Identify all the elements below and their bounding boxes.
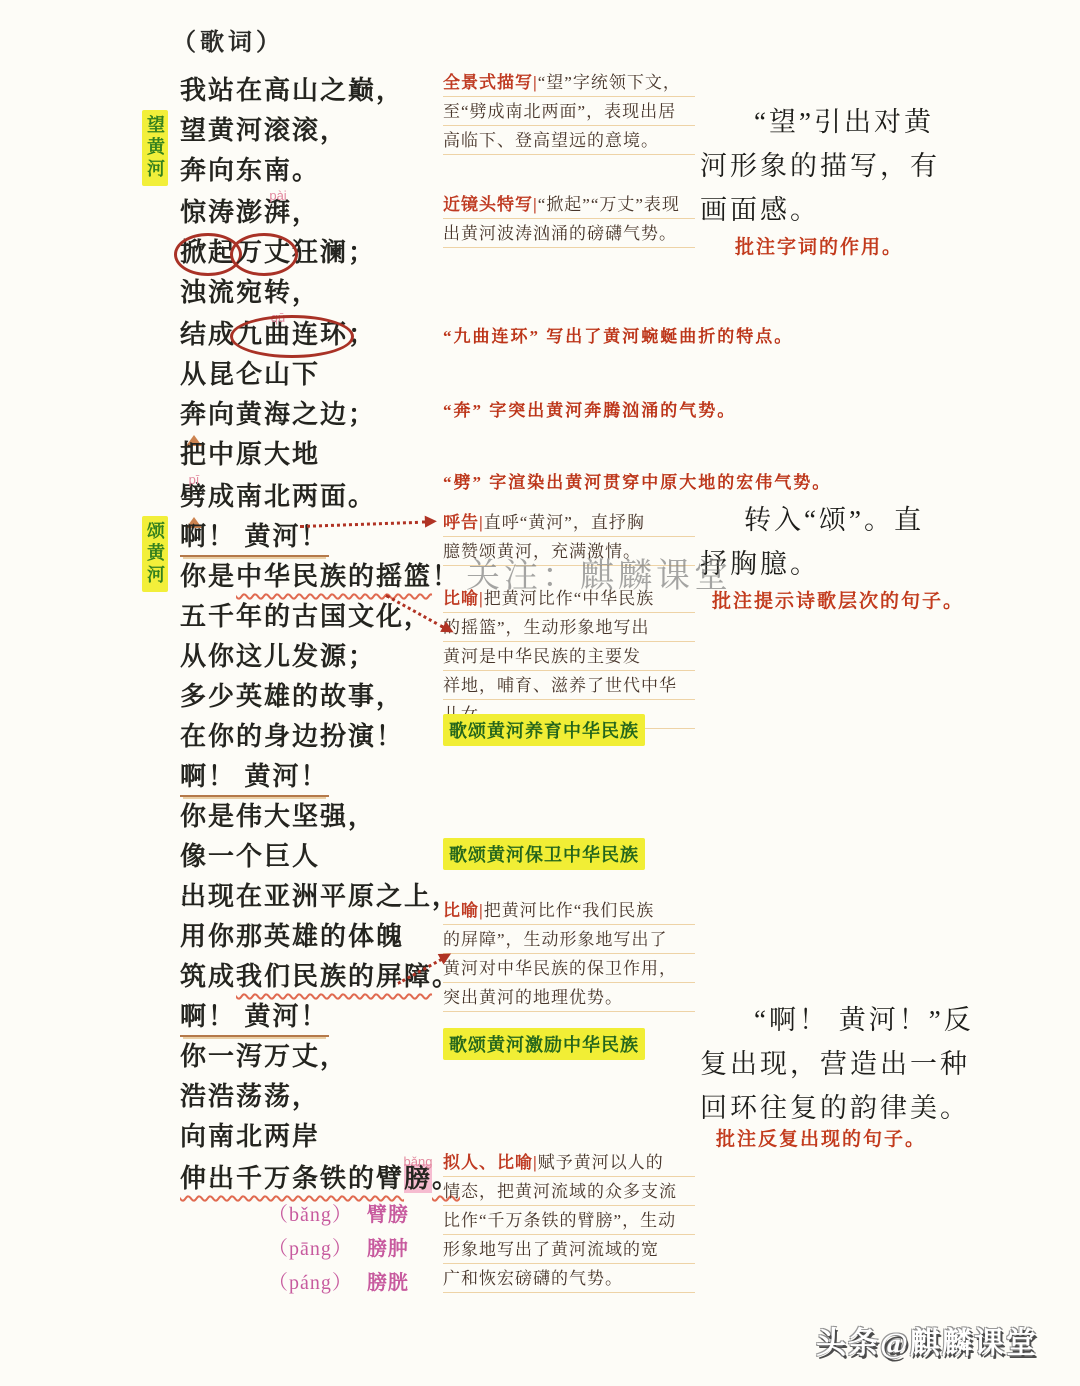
annotation-label: 拟人、比喻|: [443, 1153, 538, 1172]
side-note-line: “啊！ 黄河！”反: [700, 998, 1080, 1042]
poem-line: 浩浩荡荡，: [180, 1080, 320, 1114]
annotation-line: 至“劈成南北两面”，表现出居: [443, 101, 695, 126]
poem-line: 筑成我们民族的屏障。: [180, 960, 460, 994]
side-note-line: 河形象的描写，有: [700, 144, 1080, 188]
poem-line: 浊流宛转，: [180, 276, 320, 310]
highlight-bar-protect: 歌颂黄河保卫中华民族: [443, 838, 645, 870]
annotation-line: 近镜头特写|“掀起”“万丈”表现: [443, 194, 695, 219]
annotation-box-closeup: 近镜头特写|“掀起”“万丈”表现 出黄河波涛汹涌的磅礴气势。: [443, 194, 695, 252]
underlined-refrain: 啊！ 黄河！: [180, 1002, 329, 1037]
poem-line: 伸出千万条铁的臂bǎng膀。: [180, 1162, 460, 1196]
side-note-red-tip: 批注字词的作用。: [735, 232, 903, 259]
pinyin-note-row: （páng）膀胱: [268, 1266, 409, 1300]
red-circle-annotation: 九qū曲连环: [236, 318, 348, 352]
poem-line: 你是中华民族的摇篮！: [180, 560, 460, 594]
poem-line: 惊涛澎pài湃，: [180, 196, 320, 230]
poem-line: pī劈成南北两面。: [180, 480, 376, 514]
poem-line: 用你那英雄的体魄: [180, 920, 404, 954]
poem-line: 五千年的古国文化，: [180, 600, 432, 634]
annotation-red-pi: “劈” 字渲染出黄河贯穿中原大地的宏伟气势。: [443, 468, 831, 493]
red-circle-annotation: 掀起: [180, 236, 236, 270]
annotation-box-biyu-yaolan: 比喻|把黄河比作“中华民族 的摇篮”，生动形象地写出 黄河是中华民族的主要发 祥…: [443, 588, 695, 733]
annotation-line: 黄河是中华民族的主要发: [443, 646, 695, 671]
underlined-refrain: 啊！ 黄河！: [180, 762, 329, 797]
margin-label-wang-huanghe: 望黄河: [142, 110, 168, 186]
annotation-line: 的摇篮”，生动形象地写出: [443, 617, 695, 642]
watermark-center: 关注：麒麟课堂: [466, 548, 732, 597]
annotation-label: 全景式描写|: [443, 73, 538, 92]
side-note-red-tip: 批注反复出现的句子。: [716, 1124, 926, 1151]
poem-line: 啊！ 黄河！: [180, 760, 329, 794]
poem-line: 在你的身边扮演！: [180, 720, 404, 754]
page-title: （歌词）: [172, 22, 284, 57]
annotation-line: 形象地写出了黄河流域的宽: [443, 1239, 695, 1264]
annotation-box-biyu-pingzhang: 比喻|把黄河比作“我们民族 的屏障”，生动形象地写出了 黄河对中华民族的保卫作用…: [443, 900, 695, 1016]
annotation-red-jiuqulianhuan: “九曲连环” 写出了黄河蜿蜒曲折的特点。: [443, 322, 793, 347]
annotation-line: 呼告|直呼“黄河”，直抒胸: [443, 512, 695, 537]
annotation-line: 拟人、比喻|赋予黄河以人的: [443, 1152, 695, 1177]
poem-line: 奔向黄海之边；: [180, 398, 376, 432]
annotation-line: 祥地，哺育、滋养了世代中华: [443, 675, 695, 700]
annotation-line: 比作“千万条铁的臂膀”，生动: [443, 1210, 695, 1235]
poem-text: 惊涛澎: [180, 198, 264, 227]
poem-line: 奔向东南。: [180, 154, 320, 188]
side-note-line: 画面感。: [700, 188, 1080, 232]
pinyin-annotation: pī: [189, 463, 200, 497]
side-note-wang: “望”引出对黄 河形象的描写，有 画面感。: [700, 100, 1080, 232]
highlight-bar-nurture: 歌颂黄河养育中华民族: [443, 714, 645, 746]
char-with-pinyin: bǎng膀: [404, 1162, 432, 1196]
watermark-bottom: 头条@麒麟课堂: [816, 1318, 1038, 1362]
annotation-line: 黄河对中华民族的保卫作用，: [443, 958, 695, 983]
wavy-underline-phrase: 中华民族的摇篮: [236, 562, 432, 591]
annotation-line: 全景式描写|“望”字统领下文，: [443, 72, 695, 97]
poem-line: 从昆仑山下: [180, 358, 320, 392]
annotation-label: 比喻|: [443, 901, 484, 920]
pinyin-annotation: qū: [271, 301, 285, 335]
textbook-page: （歌词） 望黄河 颂黄河 我站在高山之巅， 望黄河滚滚， 奔向东南。 惊涛澎pà…: [0, 0, 1080, 1386]
char-with-pinyin: qū曲: [264, 318, 292, 352]
margin-label-song-huanghe: 颂黄河: [142, 516, 168, 592]
annotation-box-panoramic: 全景式描写|“望”字统领下文， 至“劈成南北两面”，表现出居 高临下、登高望远的…: [443, 72, 695, 159]
side-note-red-tip: 批注提示诗歌层次的句子。: [712, 586, 964, 613]
side-note-line: 复出现，营造出一种: [700, 1042, 1080, 1086]
poem-line: 你一泻万丈，: [180, 1040, 348, 1074]
poem-line: 我站在高山之巅，: [180, 74, 404, 108]
annotation-red-ben: “奔” 字突出黄河奔腾汹涌的气势。: [443, 396, 736, 421]
annotation-label: 近镜头特写|: [443, 195, 538, 214]
annotation-box-niren-biyu: 拟人、比喻|赋予黄河以人的 情态，把黄河流域的众多支流 比作“千万条铁的臂膀”，…: [443, 1152, 695, 1297]
poem-line: 结成九qū曲连环；: [180, 318, 376, 352]
red-circle-annotation: 万丈: [236, 236, 292, 270]
poem-line: 出现在亚洲平原之上，: [180, 880, 460, 914]
side-note-line: “望”引出对黄: [700, 100, 1080, 144]
poem-line: 望黄河滚滚，: [180, 114, 348, 148]
annotation-line: 突出黄河的地理优势。: [443, 987, 695, 1012]
wavy-underline-phrase: 我们民族的屏障: [236, 962, 432, 991]
poem-line: 从你这儿发源；: [180, 640, 376, 674]
pinyin-note-row: （pāng）膀肿: [268, 1232, 409, 1266]
annotation-line: 高临下、登高望远的意境。: [443, 130, 695, 155]
poem-line: 多少英雄的故事，: [180, 680, 404, 714]
side-note-line: 转入“颂”。直: [700, 498, 1080, 542]
annotation-line: 出黄河波涛汹涌的磅礴气势。: [443, 223, 695, 248]
annotation-line: 比喻|把黄河比作“我们民族: [443, 900, 695, 925]
poem-line: 啊！ 黄河！: [180, 1000, 329, 1034]
highlight-bar-inspire: 歌颂黄河激励中华民族: [443, 1028, 645, 1060]
pinyin-note-row: （bǎng）臂膀: [268, 1198, 409, 1232]
poem-line: 掀起万丈狂澜；: [180, 236, 376, 270]
poem-line: 像一个巨人: [180, 840, 320, 874]
side-note-line: 抒胸臆。: [700, 542, 1080, 586]
annotation-line: 的屏障”，生动形象地写出了: [443, 929, 695, 954]
side-note-refrain: “啊！ 黄河！”反 复出现，营造出一种 回环往复的韵律美。: [700, 998, 1080, 1130]
wavy-underline-phrase: 伸出千万条铁的臂bǎng膀。: [180, 1164, 460, 1193]
annotation-line: 广和恢宏磅礴的气势。: [443, 1268, 695, 1293]
char-with-pinyin: pī劈: [180, 480, 208, 514]
char-with-pinyin: pài湃: [264, 196, 292, 230]
side-note-song: 转入“颂”。直 抒胸臆。: [700, 498, 1080, 586]
annotation-label: 呼告|: [443, 513, 484, 532]
poem-line: 把中原大地: [180, 438, 320, 472]
pinyin-notes: （bǎng）臂膀 （pāng）膀肿 （páng）膀胱: [268, 1198, 409, 1300]
poem-line: 向南北两岸: [180, 1120, 320, 1154]
pinyin-annotation: pài: [269, 179, 286, 213]
poem-line: 你是伟大坚强，: [180, 800, 376, 834]
pinyin-annotation: bǎng: [404, 1145, 433, 1179]
annotation-line: 情态，把黄河流域的众多支流: [443, 1181, 695, 1206]
